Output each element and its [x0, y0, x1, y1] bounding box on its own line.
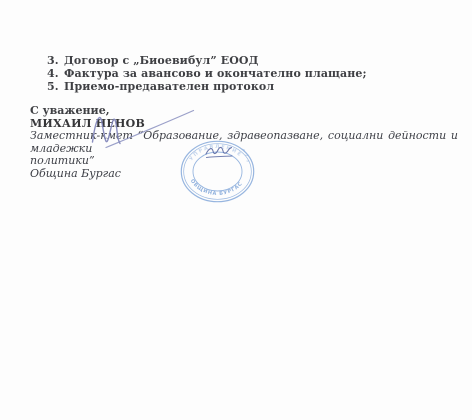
list-item-text: Договор с „Биоевибул” ЕООД [64, 54, 258, 67]
signatory-title-line2: политики” [30, 155, 458, 168]
list-item: 5. Приемо-предавателен протокол [47, 80, 447, 93]
list-item-number: 3. [47, 54, 64, 67]
svg-text:ОБЩИНА БУРГАС: ОБЩИНА БУРГАС [189, 178, 244, 197]
list-item: 3. Договор с „Биоевибул” ЕООД [47, 54, 447, 67]
list-item-text: Приемо-предавателен протокол [64, 80, 274, 93]
stamp-bottom-arc-text: ОБЩИНА БУРГАС [189, 178, 244, 197]
signatory-title-line1: Заместник-кмет “Образование, здравеопазв… [30, 130, 458, 155]
closing-block: С уважение, МИХАИЛ НЕНОВ Заместник-кмет … [30, 105, 458, 180]
document-page: 3. Договор с „Биоевибул” ЕООД 4. Фактура… [0, 0, 472, 420]
list-item-number: 5. [47, 80, 64, 93]
numbered-list: 3. Договор с „Биоевибул” ЕООД 4. Фактура… [47, 54, 447, 94]
organization-name: Община Бургас [30, 168, 458, 181]
list-item-text: Фактура за авансово и окончателно плащан… [64, 67, 367, 80]
list-item-number: 4. [47, 67, 64, 80]
list-item: 4. Фактура за авансово и окончателно пла… [47, 67, 447, 80]
salutation: С уважение, [30, 105, 458, 118]
